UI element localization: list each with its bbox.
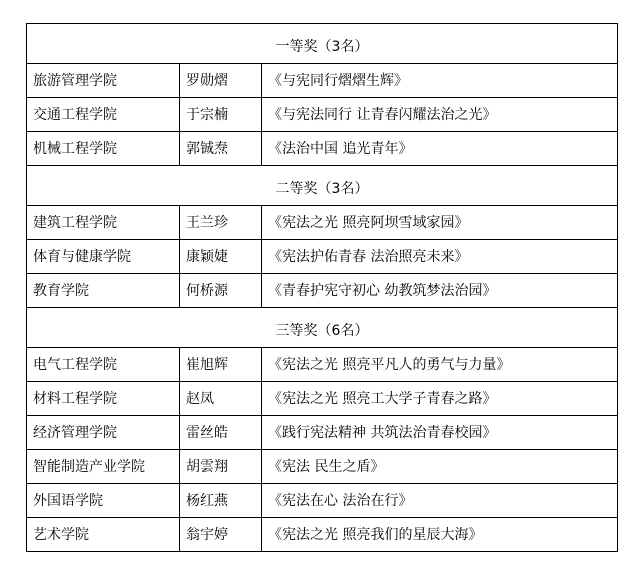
name-cell: 杨红燕 bbox=[180, 484, 262, 518]
name-cell: 康颖婕 bbox=[180, 240, 262, 274]
college-cell: 智能制造产业学院 bbox=[27, 450, 180, 484]
group-title-second-prize: 二等奖（3名） bbox=[27, 166, 618, 206]
name-cell: 王兰珍 bbox=[180, 206, 262, 240]
table-row: 材料工程学院 赵凤 《宪法之光 照亮工大学子青春之路》 bbox=[27, 382, 618, 416]
group-header-row: 三等奖（6名） bbox=[27, 308, 618, 348]
work-cell: 《宪法护佑青春 法治照亮未来》 bbox=[262, 240, 618, 274]
work-cell: 《宪法之光 照亮平凡人的勇气与力量》 bbox=[262, 348, 618, 382]
name-cell: 翁宇婷 bbox=[180, 518, 262, 552]
name-cell: 郭铖焘 bbox=[180, 132, 262, 166]
group-header-row: 一等奖（3名） bbox=[27, 24, 618, 64]
college-cell: 材料工程学院 bbox=[27, 382, 180, 416]
work-cell: 《宪法 民生之盾》 bbox=[262, 450, 618, 484]
name-cell: 崔旭辉 bbox=[180, 348, 262, 382]
table-row: 交通工程学院 于宗楠 《与宪法同行 让青春闪耀法治之光》 bbox=[27, 98, 618, 132]
table-row: 建筑工程学院 王兰珍 《宪法之光 照亮阿坝雪域家园》 bbox=[27, 206, 618, 240]
group-header-row: 二等奖（3名） bbox=[27, 166, 618, 206]
name-cell: 胡雲翔 bbox=[180, 450, 262, 484]
table-row: 体育与健康学院 康颖婕 《宪法护佑青春 法治照亮未来》 bbox=[27, 240, 618, 274]
table-row: 智能制造产业学院 胡雲翔 《宪法 民生之盾》 bbox=[27, 450, 618, 484]
college-cell: 教育学院 bbox=[27, 274, 180, 308]
college-cell: 经济管理学院 bbox=[27, 416, 180, 450]
college-cell: 建筑工程学院 bbox=[27, 206, 180, 240]
table-row: 经济管理学院 雷丝皓 《践行宪法精神 共筑法治青春校园》 bbox=[27, 416, 618, 450]
college-cell: 电气工程学院 bbox=[27, 348, 180, 382]
name-cell: 雷丝皓 bbox=[180, 416, 262, 450]
table-row: 艺术学院 翁宇婷 《宪法之光 照亮我们的星辰大海》 bbox=[27, 518, 618, 552]
college-cell: 体育与健康学院 bbox=[27, 240, 180, 274]
table-row: 教育学院 何桥源 《青春护宪守初心 幼教筑梦法治园》 bbox=[27, 274, 618, 308]
work-cell: 《宪法之光 照亮工大学子青春之路》 bbox=[262, 382, 618, 416]
work-cell: 《践行宪法精神 共筑法治青春校园》 bbox=[262, 416, 618, 450]
college-cell: 艺术学院 bbox=[27, 518, 180, 552]
table-row: 机械工程学院 郭铖焘 《法治中国 追光青年》 bbox=[27, 132, 618, 166]
table-row: 外国语学院 杨红燕 《宪法在心 法治在行》 bbox=[27, 484, 618, 518]
work-cell: 《宪法之光 照亮我们的星辰大海》 bbox=[262, 518, 618, 552]
group-title-third-prize: 三等奖（6名） bbox=[27, 308, 618, 348]
table-row: 旅游管理学院 罗勋熠 《与宪同行熠熠生辉》 bbox=[27, 64, 618, 98]
work-cell: 《法治中国 追光青年》 bbox=[262, 132, 618, 166]
name-cell: 罗勋熠 bbox=[180, 64, 262, 98]
work-cell: 《宪法在心 法治在行》 bbox=[262, 484, 618, 518]
work-cell: 《宪法之光 照亮阿坝雪域家园》 bbox=[262, 206, 618, 240]
name-cell: 何桥源 bbox=[180, 274, 262, 308]
group-title-first-prize: 一等奖（3名） bbox=[27, 24, 618, 64]
college-cell: 机械工程学院 bbox=[27, 132, 180, 166]
name-cell: 于宗楠 bbox=[180, 98, 262, 132]
work-cell: 《与宪同行熠熠生辉》 bbox=[262, 64, 618, 98]
table-row: 电气工程学院 崔旭辉 《宪法之光 照亮平凡人的勇气与力量》 bbox=[27, 348, 618, 382]
college-cell: 旅游管理学院 bbox=[27, 64, 180, 98]
award-winners-table: 一等奖（3名） 旅游管理学院 罗勋熠 《与宪同行熠熠生辉》 交通工程学院 于宗楠… bbox=[26, 23, 618, 552]
work-cell: 《与宪法同行 让青春闪耀法治之光》 bbox=[262, 98, 618, 132]
college-cell: 交通工程学院 bbox=[27, 98, 180, 132]
college-cell: 外国语学院 bbox=[27, 484, 180, 518]
work-cell: 《青春护宪守初心 幼教筑梦法治园》 bbox=[262, 274, 618, 308]
name-cell: 赵凤 bbox=[180, 382, 262, 416]
